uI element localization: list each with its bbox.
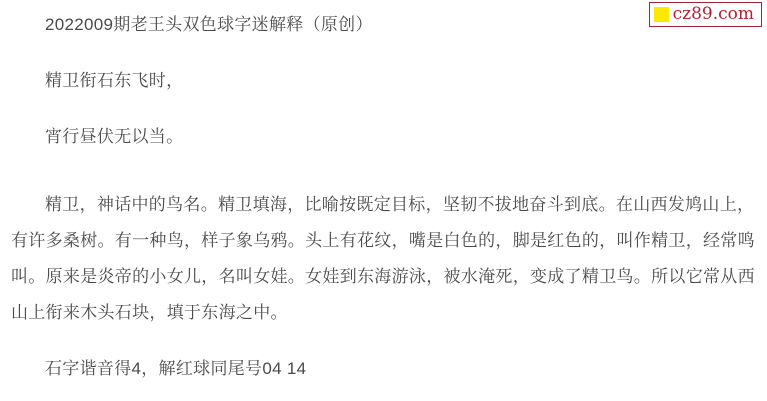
conclusion-line: 石字谐音得4，解红球同尾号04 14	[11, 351, 756, 387]
poem-line-1: 精卫衔石东飞时，	[11, 63, 756, 99]
logo-square-icon	[654, 7, 669, 22]
explanation-paragraph: 精卫，神话中的鸟名。精卫填海，比喻按既定目标，坚韧不拔地奋斗到底。在山西发鸠山上…	[11, 187, 756, 331]
logo-text: cz89.com	[673, 6, 754, 23]
poem-line-2: 宵行昼伏无以当。	[11, 119, 756, 155]
article-title: 2022009期老王头双色球字迷解释（原创）	[11, 7, 756, 43]
site-logo[interactable]: cz89.com	[649, 2, 762, 27]
article-body: 2022009期老王头双色球字迷解释（原创） 精卫衔石东飞时， 宵行昼伏无以当。…	[0, 0, 767, 387]
